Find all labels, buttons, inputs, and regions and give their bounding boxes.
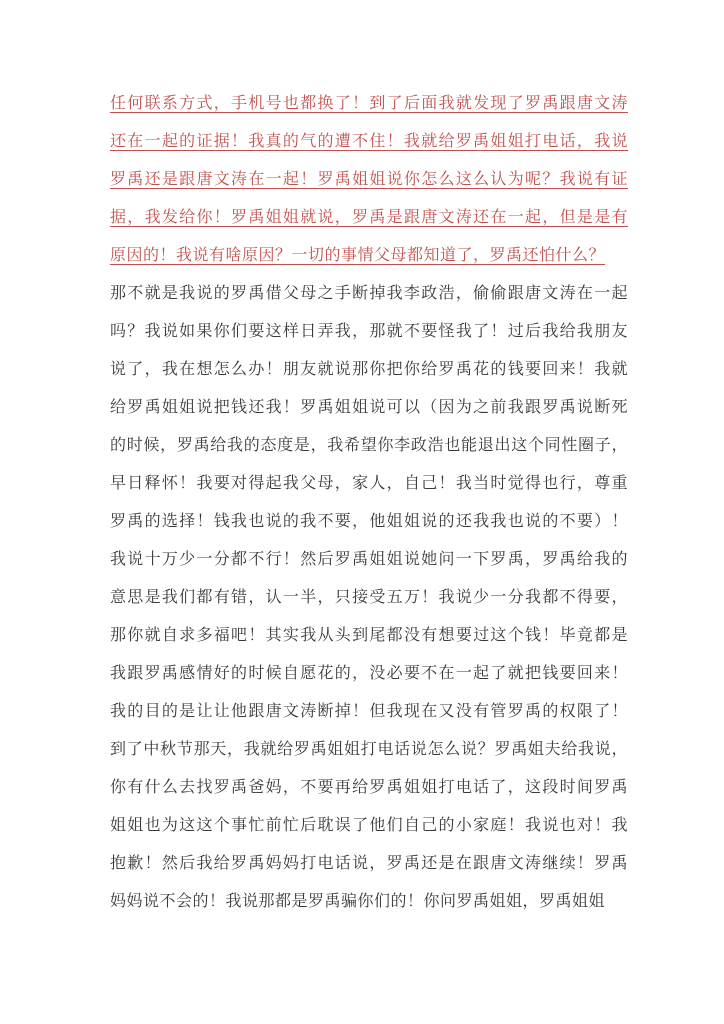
text-line: 罗禹还是跟唐文涛在一起！罗禹姐姐说你怎么这么认为呢？我说有证 (110, 161, 628, 199)
text-line: 到了中秋节那天，我就给罗禹姐姐打电话说怎么说？罗禹姐夫给我说， (110, 731, 628, 769)
text-line: 给罗禹姐姐说把钱还我！罗禹姐姐说可以（因为之前我跟罗禹说断死 (110, 389, 628, 427)
text-line: 我跟罗禹感情好的时候自愿花的，没必要不在一起了就把钱要回来！ (110, 655, 628, 693)
text-line: 罗禹的选择！钱我也说的我不要，他姐姐说的还我我也说的不要）！ (110, 503, 628, 541)
text-line: 据，我发给你！罗禹姐姐就说，罗禹是跟唐文涛还在一起，但是是有 (110, 199, 628, 237)
text-line: 还在一起的证据！我真的气的遭不住！我就给罗禹姐姐打电话，我说 (110, 123, 628, 161)
text-line: 那你就自求多福吧！其实我从头到尾都没有想要过这个钱！毕竟都是 (110, 617, 628, 655)
text-block: 任何联系方式，手机号也都换了！到了后面我就发现了罗禹跟唐文涛 还在一起的证据！我… (110, 85, 628, 921)
text-line: 的时候，罗禹给我的态度是，我希望你李政浩也能退出这个同性圈子， (110, 427, 628, 465)
text-line: 吗？我说如果你们要这样日弄我，那就不要怪我了！过后我给我朋友 (110, 313, 628, 351)
text-line: 我的目的是让让他跟唐文涛断掉！但我现在又没有管罗禹的权限了！ (110, 693, 628, 731)
text-line: 任何联系方式，手机号也都换了！到了后面我就发现了罗禹跟唐文涛 (110, 85, 628, 123)
text-line: 原因的！我说有啥原因？一切的事情父母都知道了，罗禹还怕什么？ (110, 237, 628, 275)
text-line: 早日释怀！我要对得起我父母，家人，自己！我当时觉得也行，尊重 (110, 465, 628, 503)
text-line: 妈妈说不会的！我说那都是罗禹骗你们的！你问罗禹姐姐，罗禹姐姐 (110, 883, 628, 921)
text-line: 姐姐也为这这个事忙前忙后耽误了他们自己的小家庭！我说也对！我 (110, 807, 628, 845)
text-line: 说了，我在想怎么办！朋友就说那你把你给罗禹花的钱要回来！我就 (110, 351, 628, 389)
red-underlined-paragraph: 任何联系方式，手机号也都换了！到了后面我就发现了罗禹跟唐文涛 还在一起的证据！我… (110, 85, 628, 275)
text-line: 那不就是我说的罗禹借父母之手断掉我李政浩，偷偷跟唐文涛在一起 (110, 275, 628, 313)
document-page: 任何联系方式，手机号也都换了！到了后面我就发现了罗禹跟唐文涛 还在一起的证据！我… (0, 0, 724, 1024)
text-line: 你有什么去找罗禹爸妈，不要再给罗禹姐姐打电话了，这段时间罗禹 (110, 769, 628, 807)
text-line: 意思是我们都有错，认一半，只接受五万！我说少一分我都不得要， (110, 579, 628, 617)
text-line: 我说十万少一分都不行！然后罗禹姐姐说她问一下罗禹，罗禹给我的 (110, 541, 628, 579)
text-line: 抱歉！然后我给罗禹妈妈打电话说，罗禹还是在跟唐文涛继续！罗禹 (110, 845, 628, 883)
body-paragraph: 那不就是我说的罗禹借父母之手断掉我李政浩，偷偷跟唐文涛在一起 吗？我说如果你们要… (110, 275, 628, 921)
